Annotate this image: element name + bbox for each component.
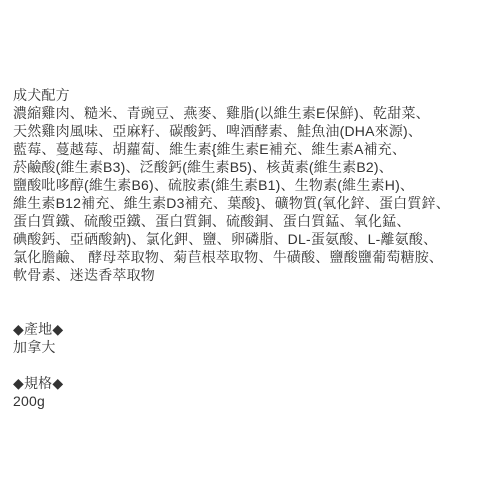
spec-section: ◆規格◆ 200g — [13, 374, 489, 410]
ingredient-line: 蛋白質鐵、硫酸亞鐵、蛋白質銅、硫酸銅、蛋白質錳、氧化錳、 — [13, 212, 489, 230]
ingredient-line: 天然雞肉風味、亞麻籽、碳酸鈣、啤酒酵素、鮭魚油(DHA來源)、 — [13, 122, 489, 140]
ingredient-line: 碘酸鈣、亞硒酸鈉)、氯化鉀、鹽、卵磷脂、DL-蛋氨酸、L-離氨酸、 — [13, 230, 489, 248]
formula-title: 成犬配方 — [13, 86, 489, 104]
ingredient-line: 軟骨素、迷迭香萃取物 — [13, 266, 489, 284]
spec-heading: ◆規格◆ — [13, 374, 489, 392]
ingredient-list: 濃縮雞肉、糙米、青豌豆、燕麥、雞脂(以維生素E保鮮)、乾甜菜、 天然雞肉風味、亞… — [13, 104, 489, 284]
ingredient-line: 濃縮雞肉、糙米、青豌豆、燕麥、雞脂(以維生素E保鮮)、乾甜菜、 — [13, 104, 489, 122]
ingredient-line: 菸鹼酸(維生素B3)、泛酸鈣(維生素B5)、核黃素(維生素B2)、 — [13, 158, 489, 176]
origin-value: 加拿大 — [13, 338, 489, 356]
ingredient-line: 維生素B12補充、維生素D3補充、葉酸}、礦物質(氧化鋅、蛋白質鋅、 — [13, 194, 489, 212]
spec-value: 200g — [13, 392, 489, 410]
ingredient-line: 鹽酸吡哆醇(維生素B6)、硫胺素(維生素B1)、生物素(維生素H)、 — [13, 176, 489, 194]
origin-section: ◆產地◆ 加拿大 — [13, 320, 489, 356]
ingredient-line: 氯化膽鹼、 酵母萃取物、菊苣根萃取物、牛磺酸、鹽酸鹽葡萄糖胺、 — [13, 248, 489, 266]
product-description: 成犬配方 濃縮雞肉、糙米、青豌豆、燕麥、雞脂(以維生素E保鮮)、乾甜菜、 天然雞… — [13, 86, 489, 410]
ingredient-line: 藍莓、蔓越莓、胡蘿蔔、維生素{維生素E補充、維生素A補充、 — [13, 140, 489, 158]
origin-heading: ◆產地◆ — [13, 320, 489, 338]
